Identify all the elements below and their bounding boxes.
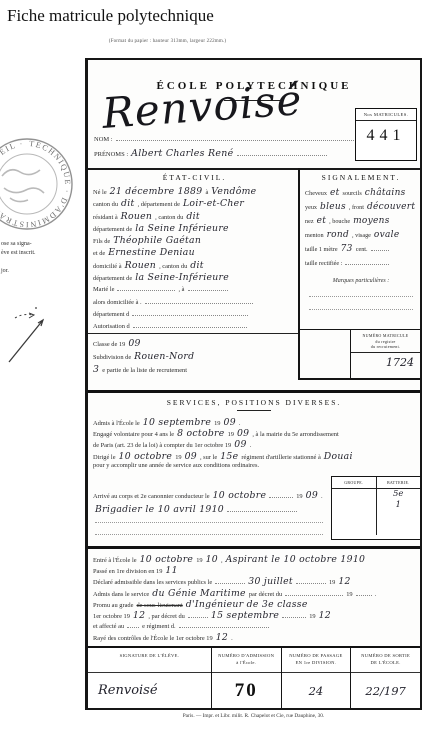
table-body: 5e 1 <box>332 489 420 535</box>
school-round-stamp: TECHNIQUE · D'ADMINISTRATION · CONSEIL ·… <box>0 126 84 242</box>
paper-format-note: (Format du papier : hauteur 313mm, large… <box>55 39 280 44</box>
printed-text: par décret du <box>249 591 282 598</box>
printed-text: , à la mairie du 5e arrondissement <box>252 431 338 438</box>
handwritten-arrow <box>5 296 67 368</box>
handwritten-text: 12 <box>319 610 331 621</box>
dotted-blank <box>133 321 247 328</box>
document-line: taille 1 mètre73cent. <box>305 244 417 258</box>
handwritten-text: 73 <box>341 244 353 254</box>
printed-text: nez <box>305 218 314 225</box>
student-signature: Renvoisé <box>88 673 211 708</box>
printed-text: alors domiciliée à . <box>93 299 142 306</box>
matricule-box-label: Nos MATRICULES. <box>356 109 416 121</box>
dotted-blank <box>227 505 297 512</box>
handwritten-text: rond <box>327 230 349 240</box>
handwritten-text: Brigadier le 10 avril 1910 <box>95 504 224 515</box>
margin-note-line: ève est inscrit. <box>1 249 47 258</box>
handwritten-text: 10 septembre <box>143 417 211 428</box>
signature-column-header: SIGNATURE DE L'ÉLÈVE. <box>88 648 211 673</box>
margin-note-line: ose sa signa- <box>1 240 47 249</box>
dotted-blank <box>188 284 228 291</box>
printed-text: Né le <box>93 189 107 196</box>
dotted-blank <box>371 244 389 251</box>
document-line: et deErnestine Deniau <box>93 247 296 259</box>
dotted-blank <box>296 577 326 584</box>
margin-note-line: jor. <box>1 267 47 276</box>
document-line: Engagé volontaire pour 4 ans le8 octobre… <box>93 428 416 439</box>
document-line: Fils deThéophile Gaétan <box>93 235 296 247</box>
document-line: mentonrond, visageovale <box>305 230 417 244</box>
document-line: département d <box>93 309 296 321</box>
printed-text: et affecté au <box>93 623 124 630</box>
handwritten-text: 8 octobre <box>177 428 224 439</box>
printed-text: Subdivision de <box>93 354 131 361</box>
dotted-blank <box>116 134 356 141</box>
printed-text: 19 <box>175 454 181 461</box>
printed-text: , visage <box>352 232 371 239</box>
document-line: Cheveuxetsourcilschâtains <box>305 188 417 202</box>
dotted-blank <box>285 589 343 596</box>
handwritten-text: 09 <box>237 428 249 439</box>
handwritten-text: Albert Charles René <box>131 148 233 159</box>
document-line: Admis dans le servicedu Génie Maritimepa… <box>93 588 416 599</box>
recrutement-matricule-value: 1724 <box>351 353 420 369</box>
printed-text: Admis dans le service <box>93 591 149 598</box>
handwritten-text: Loir-et-Cher <box>183 198 244 209</box>
document-line: Déclaré admissible dans les services pub… <box>93 576 416 587</box>
document-line: Entré à l'École le10 octobre1910,Aspiran… <box>93 554 416 565</box>
admission-column-header: NUMÉRO D'ADMISSION à l'École. <box>212 648 281 673</box>
handwritten-text: 09 <box>306 490 318 501</box>
document-line: Classe de 1909 <box>93 338 295 351</box>
handwritten-text: 3 <box>93 364 99 375</box>
handwritten-text: Vendôme <box>211 186 256 197</box>
batterie-column-header: BATTERIE. <box>376 477 421 488</box>
handwritten-text: 12 <box>133 610 145 621</box>
header-line: NUMÉRO DE SORTIE <box>351 652 420 659</box>
dotted-blank <box>188 611 208 618</box>
document-line: département dela Seine-Inférieure <box>93 272 296 284</box>
printed-text: Dirigé le <box>93 454 116 461</box>
handwritten-text: 09 <box>234 439 246 450</box>
printed-text: NOM : <box>94 136 113 143</box>
handwritten-text: 10 <box>206 554 218 565</box>
handwritten-text: découvert <box>367 202 415 212</box>
passage-number-column: NUMÉRO DE PASSAGE EN 1re DIVISION. 24 <box>281 648 351 708</box>
printed-text: PRÉNOMS : <box>94 151 128 158</box>
handwritten-text: ovale <box>374 230 400 240</box>
section-ecole: Entré à l'École le10 octobre1910,Aspiran… <box>88 546 420 644</box>
printed-text: , canton du <box>159 263 187 270</box>
etat-civil-title: ÉTAT-CIVIL. <box>93 173 296 182</box>
recrutement-box-label: NUMÉRO MATRICULE du registre du recrutem… <box>351 330 420 353</box>
document-header: ÉCOLE POLYTECHNIQUE Renvoisé NOM : PRÉNO… <box>88 60 420 170</box>
bottom-summary-table: SIGNATURE DE L'ÉLÈVE. Renvoisé NUMÉRO D'… <box>88 646 420 708</box>
margin-note: ose sa signa- ève est inscrit. jor. <box>1 240 47 276</box>
handwritten-text: dit <box>186 211 200 222</box>
document-line: Dirigé le10 octobre1909, sur le15erégime… <box>93 451 416 462</box>
printed-text: 19 <box>346 591 352 598</box>
printed-text: Classe de 19 <box>93 341 125 348</box>
handwritten-text: 11 <box>165 565 177 576</box>
section-etat-civil: ÉTAT-CIVIL. Né le21 décembre 1889àVendôm… <box>88 168 298 334</box>
services-rule <box>237 410 271 411</box>
batterie-column: 5e 1 <box>376 489 421 535</box>
printed-text: de sous-lieutenant <box>136 602 182 609</box>
scanned-record-page: Fiche matricule polytechnique (Format du… <box>0 0 429 746</box>
printed-text: et de <box>93 250 105 257</box>
admission-number-column: NUMÉRO D'ADMISSION à l'École. 70 <box>211 648 281 708</box>
printed-text: Fils de <box>93 238 110 245</box>
marques-label: Marques particulières : <box>305 278 417 284</box>
handwritten-text: 30 juillet <box>248 576 293 587</box>
signalement-title: SIGNALEMENT. <box>305 173 417 182</box>
services-title: SERVICES, POSITIONS DIVERSES. <box>88 398 420 407</box>
handwritten-text: moyens <box>353 216 390 226</box>
printed-text: , front <box>349 204 364 211</box>
prenoms-line: PRÉNOMS :Albert Charles René <box>94 148 330 159</box>
page-title: Fiche matricule polytechnique <box>7 6 214 26</box>
printed-text: département d <box>93 311 129 318</box>
handwritten-text: Rouen <box>125 260 156 271</box>
printed-text: Admis à l'École le <box>93 420 140 427</box>
dotted-blank <box>127 621 139 628</box>
handwritten-text: Ernestine Deniau <box>108 247 195 258</box>
handwritten-text: dit <box>190 260 204 271</box>
handwritten-text: 10 octobre <box>213 490 267 501</box>
document-line: 3e partie de la liste de recrutement <box>93 364 295 377</box>
table-cell-value: 1 <box>377 500 421 511</box>
dotted-blank <box>237 149 327 156</box>
recrutement-matricule-row: NUMÉRO MATRICULE du registre du recrutem… <box>300 329 420 378</box>
printed-text: à <box>205 189 208 196</box>
document-line: Admis à l'École le10 septembre1909. <box>93 417 416 428</box>
handwritten-text: 21 décembre 1889 <box>110 186 203 197</box>
document-line: 1er octobre 1912, par décret du15 septem… <box>93 610 416 621</box>
printed-text: yeux <box>305 204 317 211</box>
admission-number: 70 <box>212 673 281 708</box>
document-line: département dela Seine Inférieure <box>93 223 296 235</box>
document-line: Né le21 décembre 1889àVendôme <box>93 186 296 198</box>
printed-text: Engagé volontaire pour 4 ans le <box>93 431 174 438</box>
handwritten-text: dit <box>121 198 135 209</box>
printed-text: taille rectifiée : <box>305 260 342 267</box>
dotted-blank <box>269 491 293 498</box>
dotted-blank <box>345 258 389 265</box>
printed-text: Entré à l'École le <box>93 557 137 564</box>
printed-text: . <box>231 635 233 642</box>
header-line: DE L'ÉCOLE. <box>351 659 420 666</box>
sortie-number-column: NUMÉRO DE SORTIE DE L'ÉCOLE. 22/197 <box>350 648 420 708</box>
dotted-blank <box>282 611 306 618</box>
dotted-blank <box>95 533 323 535</box>
handwritten-text: la Seine Inférieure <box>135 223 229 234</box>
printed-text: cent. <box>356 246 368 253</box>
printed-text: 1er octobre 19 <box>93 613 130 620</box>
printed-text: , bouche <box>329 218 350 225</box>
document-line: Promu au gradede sous-lieutenantd'Ingéni… <box>93 599 416 610</box>
printed-text: département de <box>93 275 132 282</box>
printed-text: 19 <box>329 579 335 586</box>
handwritten-text: Rouen-Nord <box>134 351 194 362</box>
printed-text: 19 <box>309 613 315 620</box>
sortie-number: 22/197 <box>351 673 420 708</box>
handwritten-text: 10 octobre <box>140 554 194 565</box>
handwritten-text: 09 <box>224 417 236 428</box>
dotted-blank <box>179 621 269 628</box>
nom-line: NOM : <box>94 134 359 143</box>
handwritten-text: 15e <box>220 451 238 462</box>
handwritten-text: Rouen <box>121 211 152 222</box>
table-header-row: GROUPE. BATTERIE. <box>332 477 420 489</box>
header-line: NUMÉRO DE PASSAGE <box>282 652 351 659</box>
services-lines: Admis à l'École le10 septembre1909.Engag… <box>88 415 420 473</box>
handwritten-text: du Génie Maritime <box>152 588 246 599</box>
document-line: Autorisation d <box>93 321 296 333</box>
ecole-lines: Entré à l'École le10 octobre1910,Aspiran… <box>93 554 416 644</box>
printed-text: 19 <box>214 420 220 427</box>
printed-text: e partie de la liste de recrutement <box>102 367 187 374</box>
printer-imprint: Paris. — Impr. et Libr. milit. R. Chapel… <box>85 713 422 719</box>
document-line: Subdivision deRouen-Nord <box>93 351 295 364</box>
printed-text: 19 <box>228 431 234 438</box>
document-line: de Paris (art. 23 de la loi) à compter d… <box>93 439 416 450</box>
printed-text: département de <box>93 226 132 233</box>
printed-text: , par décret du <box>148 613 185 620</box>
arrive-au-corps-line: Arrivé au corps et 2e canonnier conducte… <box>93 490 329 501</box>
classe-lines: Classe de 1909Subdivision deRouen-Nord3e… <box>93 338 295 377</box>
printed-text: . <box>239 420 241 427</box>
printed-text: , à <box>178 286 184 293</box>
handwritten-text: Aspirant le 10 octobre 1910 <box>226 554 366 565</box>
passage-number: 24 <box>282 673 351 708</box>
handwritten-text: 12 <box>338 576 350 587</box>
dotted-blank <box>95 521 323 523</box>
section-signalement: SIGNALEMENT. Cheveuxetsourcilschâtainsye… <box>298 168 420 380</box>
printed-text: domicilié à <box>93 263 122 270</box>
dotted-blank <box>145 297 253 304</box>
matricule-number-box: Nos MATRICULES. 441 <box>355 108 417 161</box>
dotted-blank <box>309 288 413 297</box>
section-classe: Classe de 1909Subdivision deRouen-Nord3e… <box>93 338 295 377</box>
etat-civil-lines: Né le21 décembre 1889àVendômecanton dudi… <box>93 186 296 334</box>
passage-column-header: NUMÉRO DE PASSAGE EN 1re DIVISION. <box>282 648 351 673</box>
document-line: alors domiciliée à . <box>93 297 296 309</box>
handwritten-text: Douai <box>324 451 353 462</box>
document-line: yeuxbleus, frontdécouvert <box>305 202 417 216</box>
header-line: EN 1re DIVISION. <box>282 659 351 666</box>
document-line: et affecté aue régiment d. <box>93 621 416 632</box>
printed-text: sourcils <box>343 190 362 197</box>
handwritten-text: 15 septembre <box>211 610 279 621</box>
groupe-column <box>332 489 376 535</box>
handwritten-text: la Seine-Inférieure <box>135 272 229 283</box>
document-line: taille rectifiée : <box>305 258 417 272</box>
document-line: canton dudit, département deLoir-et-Cher <box>93 198 296 210</box>
dotted-blank <box>356 589 372 596</box>
table-cell-value: 5e <box>377 489 421 500</box>
document-line: nezet, bouchemoyens <box>305 216 417 230</box>
handwritten-text: 09 <box>128 338 140 349</box>
groupe-column-header: GROUPE. <box>332 477 376 488</box>
printed-text: Passé en 1re division en 19 <box>93 568 162 575</box>
handwritten-text: Théophile Gaétan <box>113 235 201 246</box>
groupe-batterie-table: GROUPE. BATTERIE. 5e 1 <box>331 476 421 540</box>
recrutement-matricule-box: NUMÉRO MATRICULE du registre du recrutem… <box>350 330 420 378</box>
sortie-column-header: NUMÉRO DE SORTIE DE L'ÉCOLE. <box>351 648 420 673</box>
recrutement-label-line: du recrutement. <box>351 344 420 350</box>
printed-text: taille 1 mètre <box>305 246 338 253</box>
handwritten-text: châtains <box>365 188 406 198</box>
handwritten-text: 12 <box>216 632 228 643</box>
printed-text: . <box>250 442 252 449</box>
printed-text: 19 <box>196 557 202 564</box>
dotted-blank <box>117 284 175 291</box>
document-line: Rayé des contrôles de l'École le 1er oct… <box>93 632 416 643</box>
signalement-lines: Cheveuxetsourcilschâtainsyeuxbleus, fron… <box>305 188 417 272</box>
handwritten-text: et <box>317 216 327 226</box>
brigadier-handwritten-line: Brigadier le 10 avril 1910 <box>95 504 300 515</box>
document-line: Marié le, à <box>93 284 296 296</box>
printed-text: Autorisation d <box>93 323 130 330</box>
handwritten-text: et <box>330 188 340 198</box>
dotted-blank <box>132 309 248 316</box>
printed-text: Cheveux <box>305 190 327 197</box>
document-line: domicilié àRouen, canton dudit <box>93 260 296 272</box>
printed-text: , département de <box>138 201 180 208</box>
printed-text: de Paris (art. 23 de la loi) à compter d… <box>93 442 231 449</box>
matricule-document: ÉCOLE POLYTECHNIQUE Renvoisé NOM : PRÉNO… <box>85 58 422 710</box>
printed-text: . <box>321 493 323 500</box>
handwritten-text: bleus <box>320 202 346 212</box>
dotted-blank <box>309 301 413 310</box>
document-line: pour y accomplir une année de service au… <box>93 462 416 473</box>
printed-text: . <box>375 591 377 598</box>
printed-text: Marié le <box>93 286 114 293</box>
dotted-blank <box>215 577 245 584</box>
document-line: Passé en 1re division en 1911 <box>93 565 416 576</box>
handwritten-text: 10 octobre <box>119 451 173 462</box>
printed-text: canton du <box>93 201 118 208</box>
document-line: résidant àRouen, canton dudit <box>93 211 296 223</box>
matricule-number: 441 <box>356 121 416 145</box>
handwritten-text: 09 <box>185 451 197 462</box>
handwritten-text: d'Ingénieur de 3e classe <box>186 599 308 610</box>
section-services: SERVICES, POSITIONS DIVERSES. Admis à l'… <box>88 390 420 473</box>
printed-text: Arrivé au corps et 2e canonnier conducte… <box>93 493 210 500</box>
printed-text: résidant à <box>93 214 118 221</box>
signature-column: SIGNATURE DE L'ÉLÈVE. Renvoisé <box>88 648 211 708</box>
printed-text: régiment d'artillerie stationné à <box>241 454 320 461</box>
header-line: à l'École. <box>212 659 281 666</box>
printed-text: pour y accomplir une année de service au… <box>93 462 259 469</box>
printed-text: menton <box>305 232 324 239</box>
printed-text: , sur le <box>200 454 217 461</box>
printed-text: Rayé des contrôles de l'École le 1er oct… <box>93 635 213 642</box>
printed-text: , canton du <box>155 214 183 221</box>
printed-text: Déclaré admissible dans les services pub… <box>93 579 212 586</box>
recrutement-spacer <box>300 330 350 378</box>
printed-text: , <box>221 557 223 564</box>
printed-text: 19 <box>296 493 302 500</box>
header-line: NUMÉRO D'ADMISSION <box>212 652 281 659</box>
printed-text: e régiment d. <box>142 623 176 630</box>
printed-text: Promu au grade <box>93 602 133 609</box>
